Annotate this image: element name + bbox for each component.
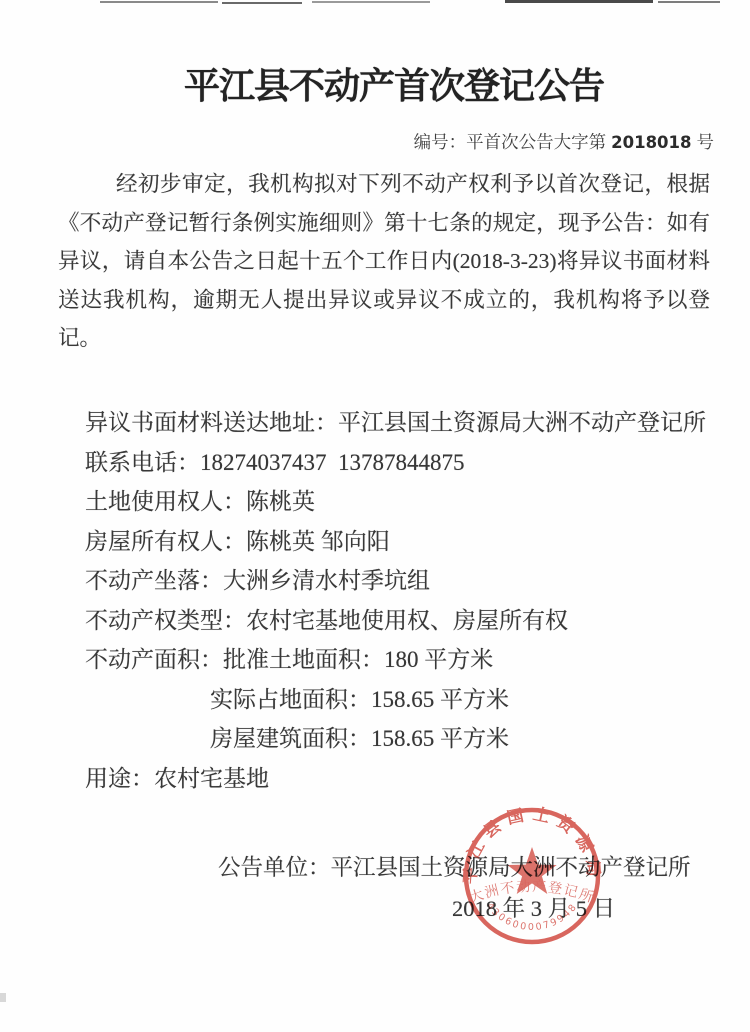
detail-line-phone: 联系电话：18274037437 13787844875 (85, 443, 725, 483)
doc-number-value: 2018018 (611, 133, 691, 152)
detail-line-actual-area: 实际占地面积：158.65 平方米 (85, 680, 725, 720)
official-seal: 平江县国土资源局 大洲不动产登记所 4306000079948 (457, 801, 607, 951)
seal-serial-number: 4306000079948 (484, 901, 580, 933)
detail-line-land-user: 土地使用权人：陈桃英 (85, 482, 725, 522)
detail-line-house-owner: 房屋所有权人：陈桃英 邹向阳 (85, 522, 725, 562)
announcement-page: 平江县不动产首次登记公告 编号：平首次公告大字第2018018号 经初步审定，我… (0, 0, 750, 1032)
scan-artifact (658, 1, 720, 3)
detail-line-location: 不动产坐落：大洲乡清水村季坑组 (85, 561, 725, 601)
seal-graphic: 平江县国土资源局 大洲不动产登记所 4306000079948 (457, 801, 607, 951)
publisher-line: 公告单位：平江县国土资源局大洲不动产登记所 (218, 850, 691, 882)
scan-artifact (222, 2, 302, 4)
detail-list: 异议书面材料送达地址：平江县国土资源局大洲不动产登记所 联系电话：1827403… (85, 403, 725, 798)
detail-line-approved-area: 不动产面积：批准土地面积：180 平方米 (85, 640, 725, 680)
announcement-paragraph: 经初步审定，我机构拟对下列不动产权利予以首次登记，根据《不动产登记暂行条例实施细… (58, 165, 710, 358)
page-title: 平江县不动产首次登记公告 (184, 58, 604, 109)
scan-artifact (312, 1, 430, 3)
doc-number-prefix: 编号：平首次公告大字第 (414, 132, 607, 152)
scan-artifact (0, 993, 6, 1002)
doc-number-suffix: 号 (697, 132, 715, 152)
detail-line-usage: 用途：农村宅基地 (85, 759, 725, 799)
detail-line-right-type: 不动产权类型：农村宅基地使用权、房屋所有权 (85, 601, 725, 641)
detail-line-building-area: 房屋建筑面积：158.65 平方米 (85, 719, 725, 759)
scan-artifact (505, 0, 653, 3)
doc-number-line: 编号：平首次公告大字第2018018号 (414, 129, 714, 154)
scan-artifact (100, 1, 218, 3)
detail-line-address: 异议书面材料送达地址：平江县国土资源局大洲不动产登记所 (85, 403, 725, 443)
